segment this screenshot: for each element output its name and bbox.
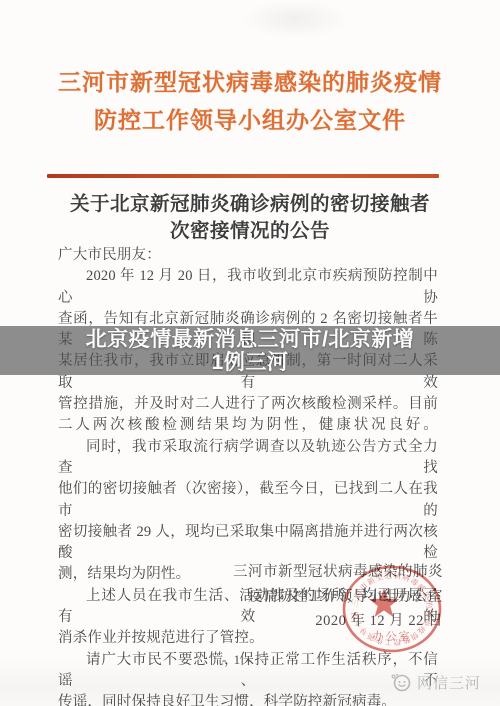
- body-line: 管控措施，并及时对二人进行了两次核酸检测采样。目前: [58, 394, 438, 415]
- letterhead-line2: 防控工作领导小组办公室文件: [0, 102, 500, 140]
- salutation: 广大市民朋友：: [58, 245, 438, 266]
- official-stamp: 三河市新型冠状病毒感染的肺炎疫情防控工作领导小组 办公室: [332, 555, 452, 665]
- caption-banner: 北京疫情最新消息三河市/北京新增 1例三河: [0, 326, 500, 375]
- body-line: 他们的密切接触者（次密接），截至今日，已找到二人在我市的: [58, 479, 438, 522]
- body-line: 二人两次核酸检测结果均为阴性，健康状况良好。: [58, 415, 438, 436]
- stamp-center-text: 办公室: [373, 629, 412, 643]
- caption-line1: 北京疫情最新消息三河市/北京新增: [86, 328, 415, 351]
- document-photo: 三河市新型冠状病毒感染的肺炎疫情 防控工作领导小组办公室文件 关于北京新冠肺炎确…: [0, 0, 500, 706]
- photo-shadow: [0, 658, 500, 706]
- photo-smudge: [240, 0, 350, 38]
- body-line: 同时，我市采取流行病学调查以及轨迹公告方式全力查找: [58, 437, 438, 480]
- caption-line2: 1例三河: [212, 351, 289, 374]
- document-title-line1: 关于北京新冠肺炎确诊病例的密切接触者: [0, 191, 500, 218]
- letterhead-line1: 三河市新型冠状病毒感染的肺炎疫情: [0, 64, 500, 102]
- body-line: 2020 年 12 月 20 日，我市收到北京市疾病预防控制中心协: [58, 266, 438, 309]
- letterhead-rule: [47, 174, 439, 178]
- document-title-line2: 次密接情况的公告: [0, 218, 500, 245]
- stamp-star: [369, 588, 399, 617]
- document-title: 关于北京新冠肺炎确诊病例的密切接触者 次密接情况的公告: [0, 191, 500, 245]
- letterhead: 三河市新型冠状病毒感染的肺炎疫情 防控工作领导小组办公室文件: [0, 64, 500, 140]
